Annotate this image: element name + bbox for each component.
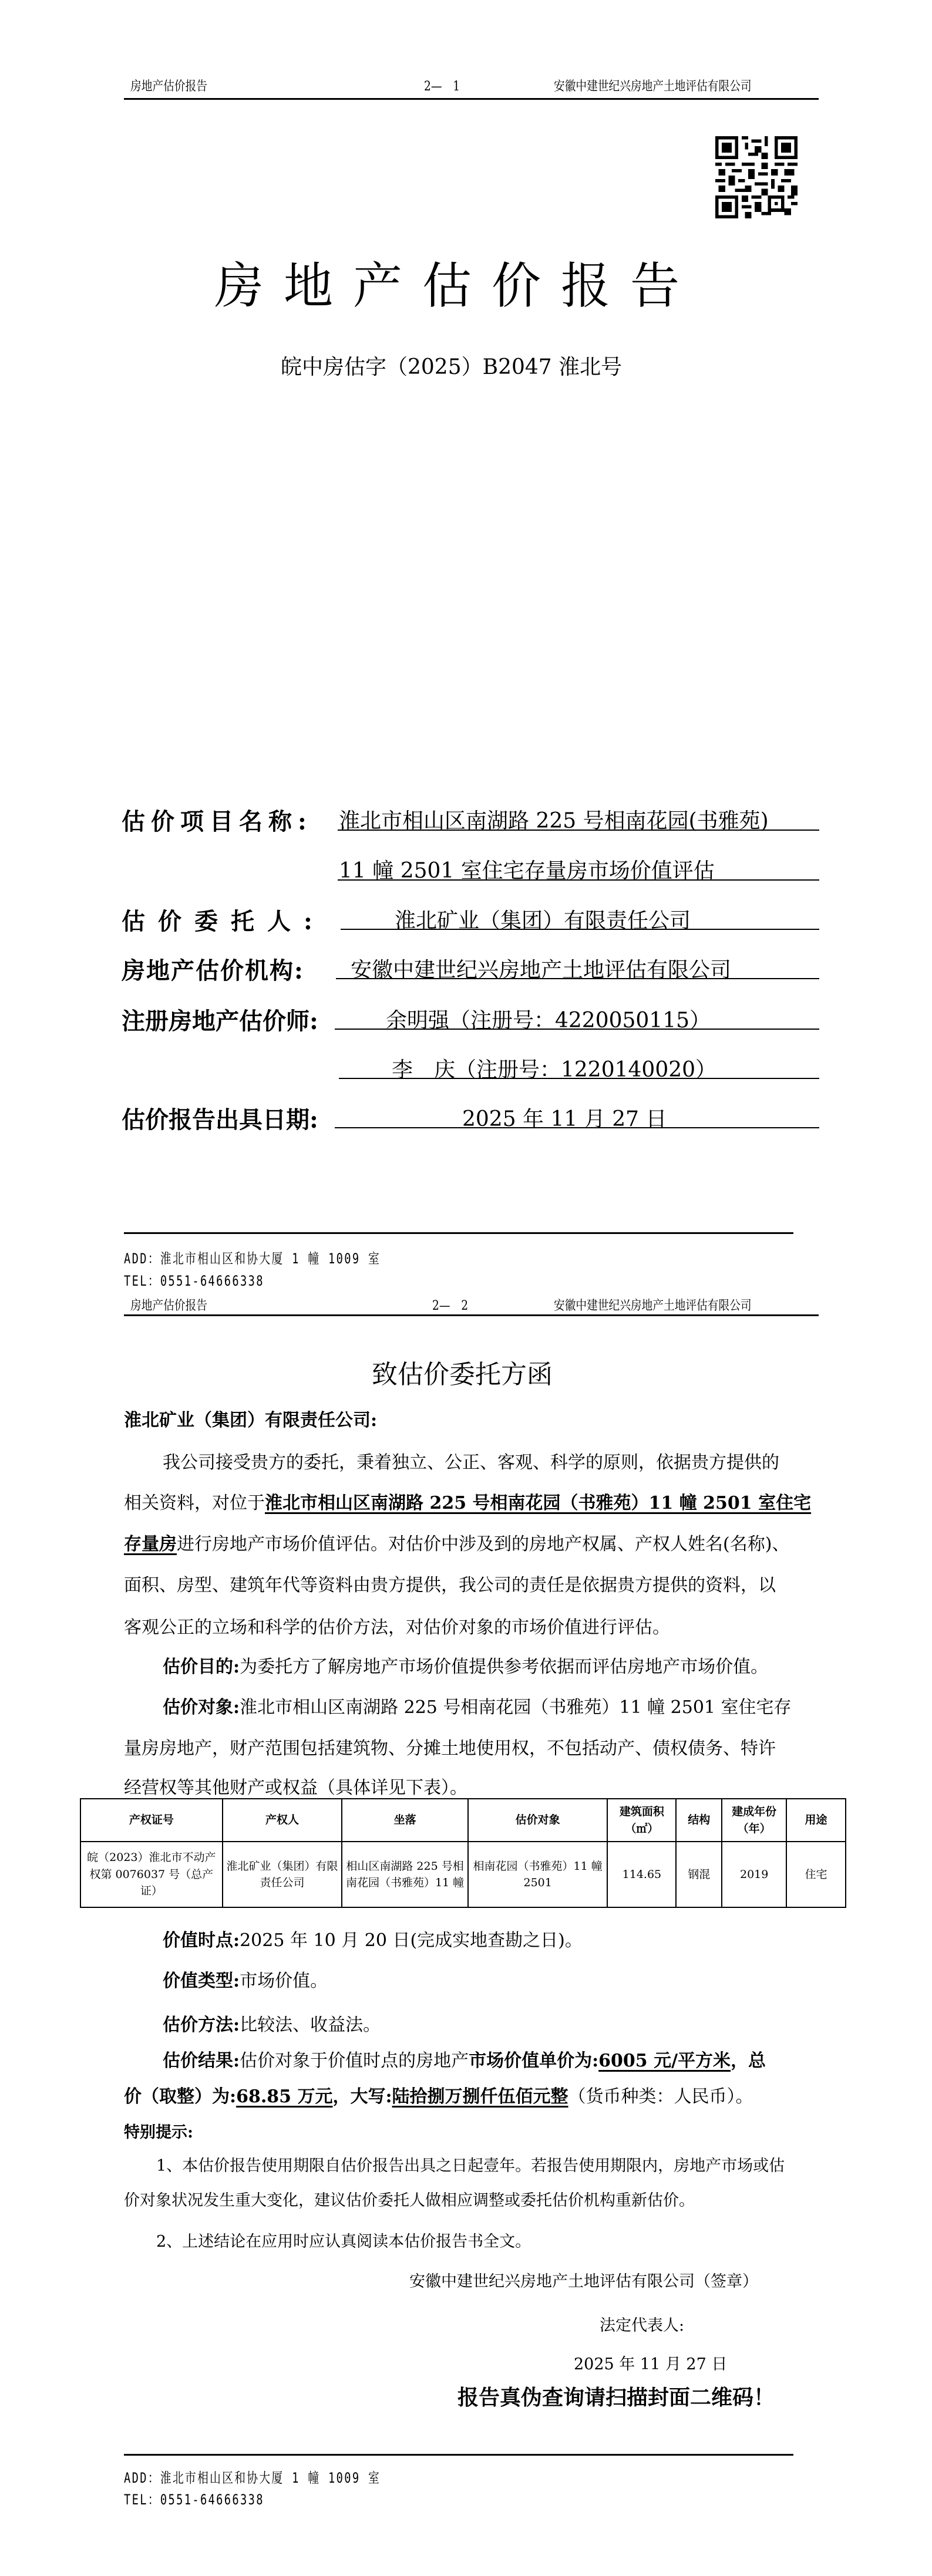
header-left: 房地产估价报告 (130, 1296, 207, 1314)
underline (339, 1078, 819, 1079)
table-row: 皖（2023）淮北市不动产权第 0076037 号（总产证） 淮北矿业（集团）有… (80, 1842, 846, 1907)
note-2: 2、上述结论在应用时应认真阅读本估价报告书全文。 (156, 2228, 531, 2251)
valuation-method: 估价方法:比较法、收益法。 (163, 2010, 381, 2036)
legal-representative: 法定代表人: (600, 2312, 684, 2335)
col-header-cert-no: 产权证号 (80, 1799, 223, 1842)
underline (341, 929, 819, 930)
letter-title: 致估价委托方函 (372, 1353, 553, 1391)
value-type-label: 价值类型: (163, 1971, 240, 1991)
footer-tel: TEL：0551-64666338 (124, 2488, 264, 2508)
purpose-text: 为委托方了解房地产市场价值提供参考依据而评估房地产市场价值。 (240, 1657, 768, 1677)
method-text: 比较法、收益法。 (240, 2015, 381, 2035)
value-date-text: 2025 年 10 月 20 日(完成实地查勘之日)。 (240, 1930, 583, 1951)
appraiser-label: 注册房地产估价师: (122, 1003, 318, 1036)
cover-title: 房地产估价报告 (214, 247, 699, 318)
para1-line2: 相关资料，对位于淮北市相山区南湖路 225 号相南花园（书雅苑）11 幢 250… (124, 1488, 811, 1514)
para1-line1: 我公司接受贵方的委托，秉着独立、公正、客观、科学的原则，依据贵方提供的 (163, 1448, 779, 1474)
para1-line3: 存量房进行房地产市场价值评估。对估价中涉及到的房地产权属、产权人姓名(名称)、 (124, 1529, 789, 1555)
purpose: 估价目的:为委托方了解房地产市场价值提供参考依据而评估房地产市场价值。 (163, 1652, 768, 1678)
value-type: 价值类型:市场价值。 (163, 1966, 328, 1992)
signature-company: 安徽中建世纪兴房地产土地评估有限公司（签章） (409, 2268, 758, 2291)
cell-area: 114.65 (607, 1842, 676, 1907)
note-1-line2: 价对象状况发生重大变化，建议估价委托人做相应调整或委托估价机构重新估价。 (124, 2187, 695, 2210)
project-name-label: 估价项目名称: (122, 803, 312, 837)
col-header-owner: 产权人 (223, 1799, 342, 1842)
underline (335, 1127, 819, 1128)
footer-tel: TEL：0551-64666338 (124, 1269, 264, 1290)
object-label: 估价对象: (163, 1697, 240, 1718)
method-label: 估价方法: (163, 2015, 240, 2035)
result-text-2: ，总 (731, 2051, 766, 2071)
property-address-emphasis: 淮北市相山区南湖路 225 号相南花园（书雅苑）11 幢 2501 室住宅 (265, 1493, 811, 1513)
signature-date: 2025 年 11 月 27 日 (574, 2351, 727, 2374)
addressee: 淮北矿业（集团）有限责任公司: (124, 1405, 377, 1431)
note-1-line1: 1、本估价报告使用期限自估价报告出具之日起壹年。若报告使用期限内，房地产市场或估 (156, 2153, 785, 2176)
header-page-number: 2— 1 (424, 76, 460, 95)
property-table: 产权证号 产权人 坐落 估价对象 建筑面积（㎡） 结构 建成年份（年） 用途 皖… (80, 1798, 846, 1908)
cell-object: 相南花园（书雅苑）11 幢 2501 (468, 1842, 608, 1907)
col-header-object: 估价对象 (468, 1799, 608, 1842)
underline (338, 830, 819, 831)
footer-rule (124, 1232, 793, 1234)
total-value: 68.85 万元 (236, 2086, 332, 2107)
object-text-line1: 淮北市相山区南湖路 225 号相南花园（书雅苑）11 幢 2501 室住宅存 (240, 1697, 791, 1718)
header-page-number: 2— 2 (432, 1296, 468, 1314)
header-left: 房地产估价报告 (130, 76, 207, 95)
para1-line2-prefix: 相关资料，对位于 (124, 1493, 265, 1513)
cell-location: 相山区南湖路 225 号相南花园（书雅苑）11 幢 (342, 1842, 468, 1907)
header-right: 安徽中建世纪兴房地产土地评估有限公司 (554, 76, 752, 95)
report-number: 皖中房估字（2025）B2047 淮北号 (281, 350, 622, 380)
footer-address: ADD：淮北市相山区和协大厦 1 幢 1009 室 (124, 1247, 381, 1267)
unit-price-label: 市场价值单价为: (469, 2051, 598, 2071)
property-type-emphasis: 存量房 (124, 1534, 177, 1555)
underline (336, 978, 819, 979)
capital-label: ，大写: (332, 2086, 392, 2107)
para1-line5: 客观公正的立场和科学的估价方法，对估价对象的市场价值进行评估。 (124, 1613, 670, 1638)
underline (335, 1029, 819, 1030)
verification-note: 报告真伪查询请扫描封面二维码！ (457, 2381, 775, 2411)
purpose-label: 估价目的: (163, 1657, 240, 1677)
col-header-location: 坐落 (342, 1799, 468, 1842)
col-header-area: 建筑面积（㎡） (607, 1799, 676, 1842)
table-header-row: 产权证号 产权人 坐落 估价对象 建筑面积（㎡） 结构 建成年份（年） 用途 (80, 1799, 846, 1842)
capital-value: 陆拾捌万捌仟伍佰元整 (392, 2086, 568, 2107)
para1-line3-rest: 进行房地产市场价值评估。对估价中涉及到的房地产权属、产权人姓名(名称)、 (177, 1534, 789, 1555)
cell-use: 住宅 (786, 1842, 846, 1907)
object-line3: 经营权等其他财产或权益（具体详见下表）。 (124, 1773, 467, 1799)
valuation-result-line2: 价（取整）为:68.85 万元，大写:陆拾捌万捌仟伍佰元整（货币种类：人民币）。 (124, 2082, 753, 2108)
value-date: 价值时点:2025 年 10 月 20 日(完成实地查勘之日)。 (163, 1926, 583, 1951)
total-label: 价（取整）为: (124, 2086, 236, 2107)
cell-year: 2019 (722, 1842, 786, 1907)
header-rule (124, 98, 819, 100)
col-header-use: 用途 (786, 1799, 846, 1842)
cell-structure: 钢混 (676, 1842, 722, 1907)
underline (338, 879, 819, 881)
header-right: 安徽中建世纪兴房地产土地评估有限公司 (554, 1296, 752, 1314)
special-notes-heading: 特别提示: (124, 2119, 193, 2142)
object-line1: 估价对象:淮北市相山区南湖路 225 号相南花园（书雅苑）11 幢 2501 室… (163, 1692, 792, 1718)
unit-price-value: 6005 元/平方米 (598, 2051, 731, 2071)
client-label: 估价委托人: (122, 903, 325, 936)
result-label: 估价结果: (163, 2051, 240, 2071)
cell-owner: 淮北矿业（集团）有限责任公司 (223, 1842, 342, 1907)
currency-text: （货币种类：人民币）。 (568, 2086, 753, 2107)
footer-rule (124, 2454, 793, 2456)
value-date-label: 价值时点: (163, 1930, 240, 1951)
header-rule (124, 1314, 819, 1316)
agency-label: 房地产估价机构: (122, 952, 304, 986)
para1-line4: 面积、房型、建筑年代等资料由贵方提供，我公司的责任是依据贵方提供的资料，以 (124, 1570, 776, 1596)
col-header-year: 建成年份（年） (722, 1799, 786, 1842)
col-header-structure: 结构 (676, 1799, 722, 1842)
qr-code-icon[interactable] (715, 136, 798, 218)
object-line2: 量房房地产，财产范围包括建筑物、分摊土地使用权，不包括动产、债权债务、特许 (124, 1734, 776, 1759)
cell-cert-no: 皖（2023）淮北市不动产权第 0076037 号（总产证） (80, 1842, 223, 1907)
report-date-label: 估价报告出具日期: (122, 1101, 318, 1135)
footer-address: ADD：淮北市相山区和协大厦 1 幢 1009 室 (124, 2466, 381, 2487)
value-type-text: 市场价值。 (240, 1971, 328, 1991)
valuation-result-line1: 估价结果:估价对象于价值时点的房地产市场价值单价为:6005 元/平方米，总 (163, 2046, 766, 2072)
result-text: 估价对象于价值时点的房地产 (240, 2051, 469, 2071)
